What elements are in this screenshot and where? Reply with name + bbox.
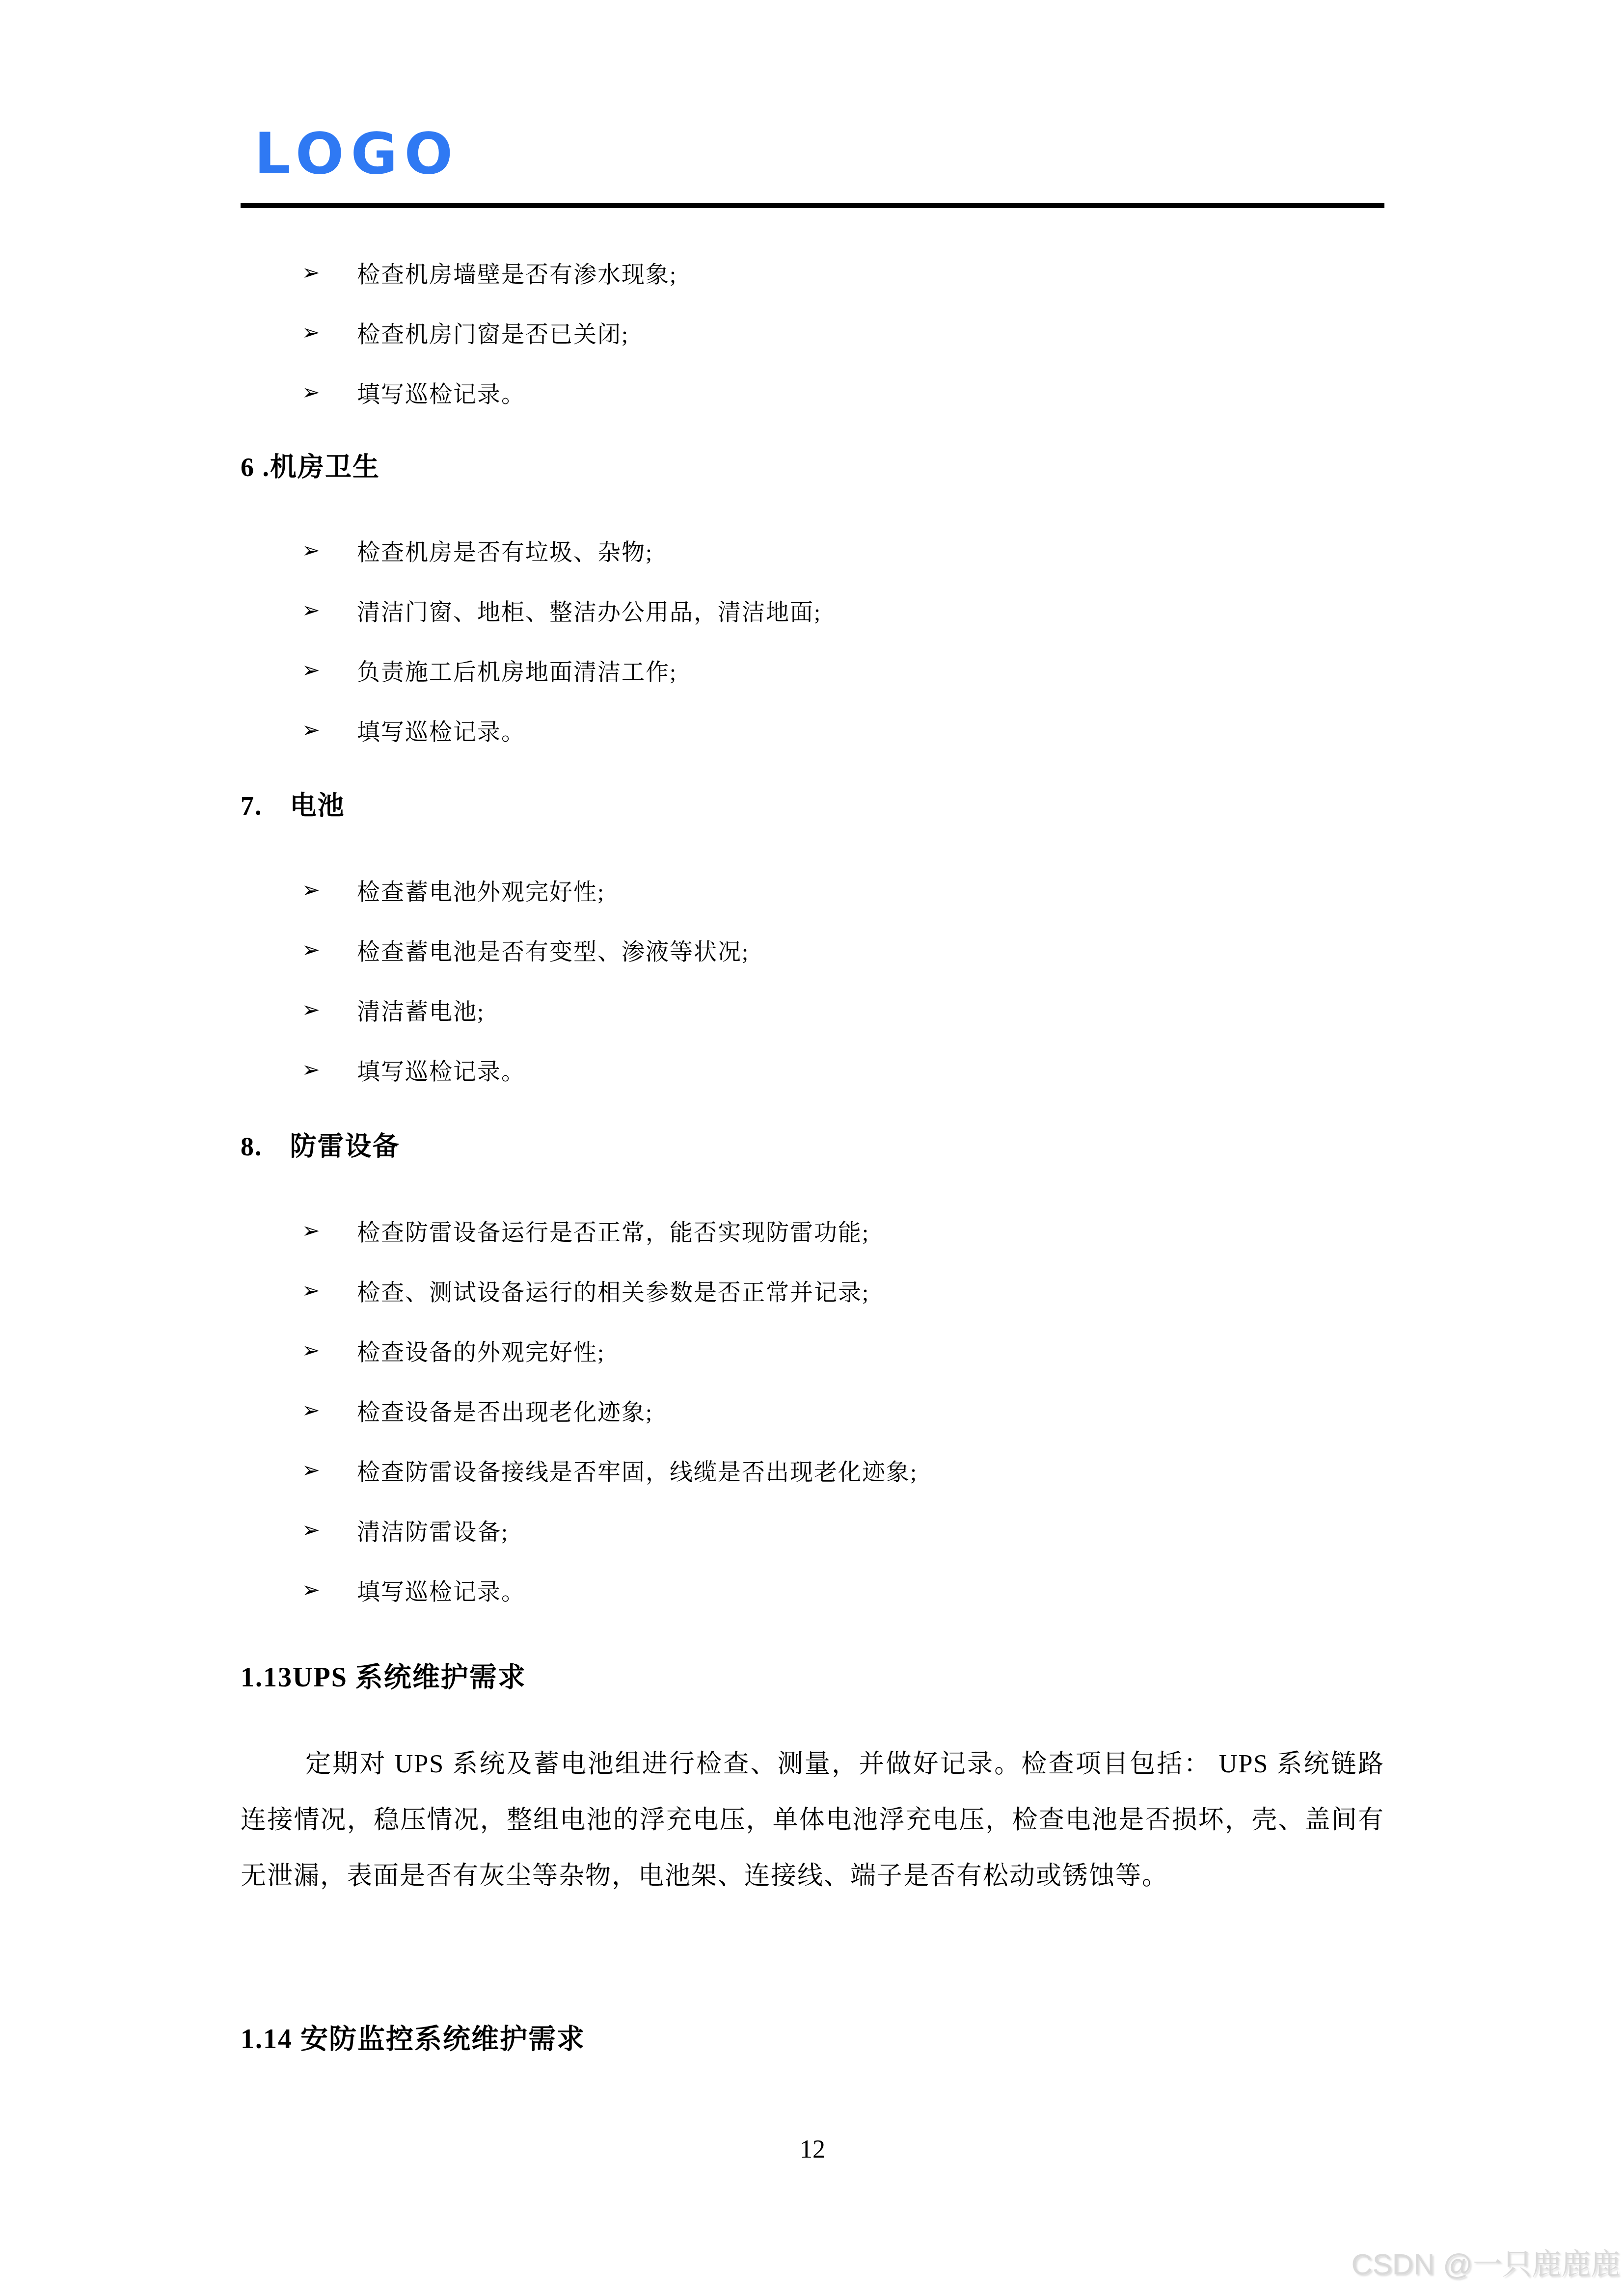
bullet-arrow-icon: ➢: [302, 937, 357, 962]
bullet-arrow-icon: ➢: [302, 1218, 357, 1243]
bullet-text: 检查蓄电池是否有变型、渗液等状况;: [357, 934, 749, 966]
bullet-text: 填写巡检记录。: [357, 714, 525, 747]
document-page: LOGO ➢检查机房墙壁是否有渗水现象; ➢检查机房门窗是否已关闭; ➢填写巡检…: [0, 0, 1624, 2296]
section-7-bullet-list: ➢检查蓄电池外观完好性; ➢检查蓄电池是否有变型、渗液等状况; ➢清洁蓄电池; …: [241, 860, 1384, 1099]
bullet-text: 负责施工后机房地面清洁工作;: [357, 654, 677, 687]
list-item: ➢检查蓄电池外观完好性;: [241, 860, 1384, 920]
bullet-text: 检查机房墙壁是否有渗水现象;: [357, 256, 677, 289]
list-item: ➢检查设备的外观完好性;: [241, 1320, 1384, 1380]
bullet-text: 填写巡检记录。: [357, 1574, 525, 1606]
list-item: ➢检查机房是否有垃圾、杂物;: [241, 520, 1384, 580]
bullet-arrow-icon: ➢: [302, 1458, 357, 1483]
list-item: ➢检查机房墙壁是否有渗水现象;: [241, 242, 1384, 302]
company-logo: LOGO: [254, 127, 1384, 182]
bullet-text: 检查设备是否出现老化迹象;: [357, 1394, 653, 1427]
section-heading-1-13-ups: 1.13UPS 系统维护需求: [241, 1663, 1384, 1692]
bullet-text: 填写巡检记录。: [357, 1053, 525, 1086]
section-6-bullet-list: ➢检查机房是否有垃圾、杂物; ➢清洁门窗、地柜、整洁办公用品，清洁地面; ➢负责…: [241, 520, 1384, 760]
bullet-text: 检查机房是否有垃圾、杂物;: [357, 534, 653, 567]
list-item: ➢检查设备是否出现老化迹象;: [241, 1380, 1384, 1440]
list-item: ➢检查蓄电池是否有变型、渗液等状况;: [241, 920, 1384, 980]
bullet-text: 检查、测试设备运行的相关参数是否正常并记录;: [357, 1274, 869, 1307]
list-item: ➢填写巡检记录。: [241, 1040, 1384, 1099]
bullet-arrow-icon: ➢: [302, 538, 357, 563]
list-item: ➢清洁蓄电池;: [241, 980, 1384, 1040]
csdn-watermark: CSDN @一只鹿鹿鹿: [1351, 2249, 1620, 2280]
intro-bullet-list: ➢检查机房墙壁是否有渗水现象; ➢检查机房门窗是否已关闭; ➢填写巡检记录。: [241, 242, 1384, 422]
list-item: ➢填写巡检记录。: [241, 362, 1384, 422]
bullet-text: 检查防雷设备接线是否牢固，线缆是否出现老化迹象;: [357, 1454, 918, 1487]
bullet-arrow-icon: ➢: [302, 658, 357, 683]
section-8-bullet-list: ➢检查防雷设备运行是否正常，能否实现防雷功能; ➢检查、测试设备运行的相关参数是…: [241, 1201, 1384, 1620]
list-item: ➢清洁防雷设备;: [241, 1500, 1384, 1560]
section-heading-7-dianchi: 7. 电池: [241, 791, 1384, 821]
bullet-arrow-icon: ➢: [302, 598, 357, 623]
list-item: ➢检查、测试设备运行的相关参数是否正常并记录;: [241, 1260, 1384, 1320]
bullet-arrow-icon: ➢: [302, 1057, 357, 1082]
bullet-text: 清洁蓄电池;: [357, 993, 485, 1026]
bullet-text: 清洁门窗、地柜、整洁办公用品，清洁地面;: [357, 594, 821, 627]
list-item: ➢检查防雷设备运行是否正常，能否实现防雷功能;: [241, 1201, 1384, 1260]
list-item: ➢检查防雷设备接线是否牢固，线缆是否出现老化迹象;: [241, 1440, 1384, 1500]
bullet-arrow-icon: ➢: [302, 997, 357, 1022]
bullet-arrow-icon: ➢: [302, 1398, 357, 1423]
bullet-arrow-icon: ➢: [302, 1518, 357, 1543]
bullet-arrow-icon: ➢: [302, 878, 357, 903]
bullet-arrow-icon: ➢: [302, 1577, 357, 1602]
bullet-text: 检查设备的外观完好性;: [357, 1334, 605, 1367]
section-heading-1-14-anfang: 1.14 安防监控系统维护需求: [241, 2025, 1384, 2054]
section-heading-6-jifang-weisheng: 6 .机房卫生: [241, 453, 1384, 482]
bullet-text: 检查蓄电池外观完好性;: [357, 874, 605, 907]
ups-maintenance-paragraph: 定期对 UPS 系统及蓄电池组进行检查、测量，并做好记录。检查项目包括： UPS…: [241, 1736, 1384, 1904]
bullet-arrow-icon: ➢: [302, 1338, 357, 1363]
header-rule: [241, 203, 1384, 208]
list-item: ➢检查机房门窗是否已关闭;: [241, 302, 1384, 362]
bullet-arrow-icon: ➢: [302, 320, 357, 345]
bullet-text: 检查机房门窗是否已关闭;: [357, 316, 629, 349]
bullet-text: 填写巡检记录。: [357, 376, 525, 409]
bullet-text: 清洁防雷设备;: [357, 1514, 509, 1547]
page-number: 12: [241, 2136, 1384, 2163]
list-item: ➢填写巡检记录。: [241, 700, 1384, 760]
document-content: LOGO ➢检查机房墙壁是否有渗水现象; ➢检查机房门窗是否已关闭; ➢填写巡检…: [241, 127, 1384, 2163]
bullet-arrow-icon: ➢: [302, 260, 357, 285]
bullet-text: 检查防雷设备运行是否正常，能否实现防雷功能;: [357, 1214, 869, 1247]
bullet-arrow-icon: ➢: [302, 718, 357, 743]
list-item: ➢填写巡检记录。: [241, 1560, 1384, 1620]
bullet-arrow-icon: ➢: [302, 1278, 357, 1303]
list-item: ➢负责施工后机房地面清洁工作;: [241, 640, 1384, 700]
bullet-arrow-icon: ➢: [302, 380, 357, 405]
section-heading-8-fanglei-shebei: 8. 防雷设备: [241, 1132, 1384, 1161]
list-item: ➢清洁门窗、地柜、整洁办公用品，清洁地面;: [241, 580, 1384, 640]
